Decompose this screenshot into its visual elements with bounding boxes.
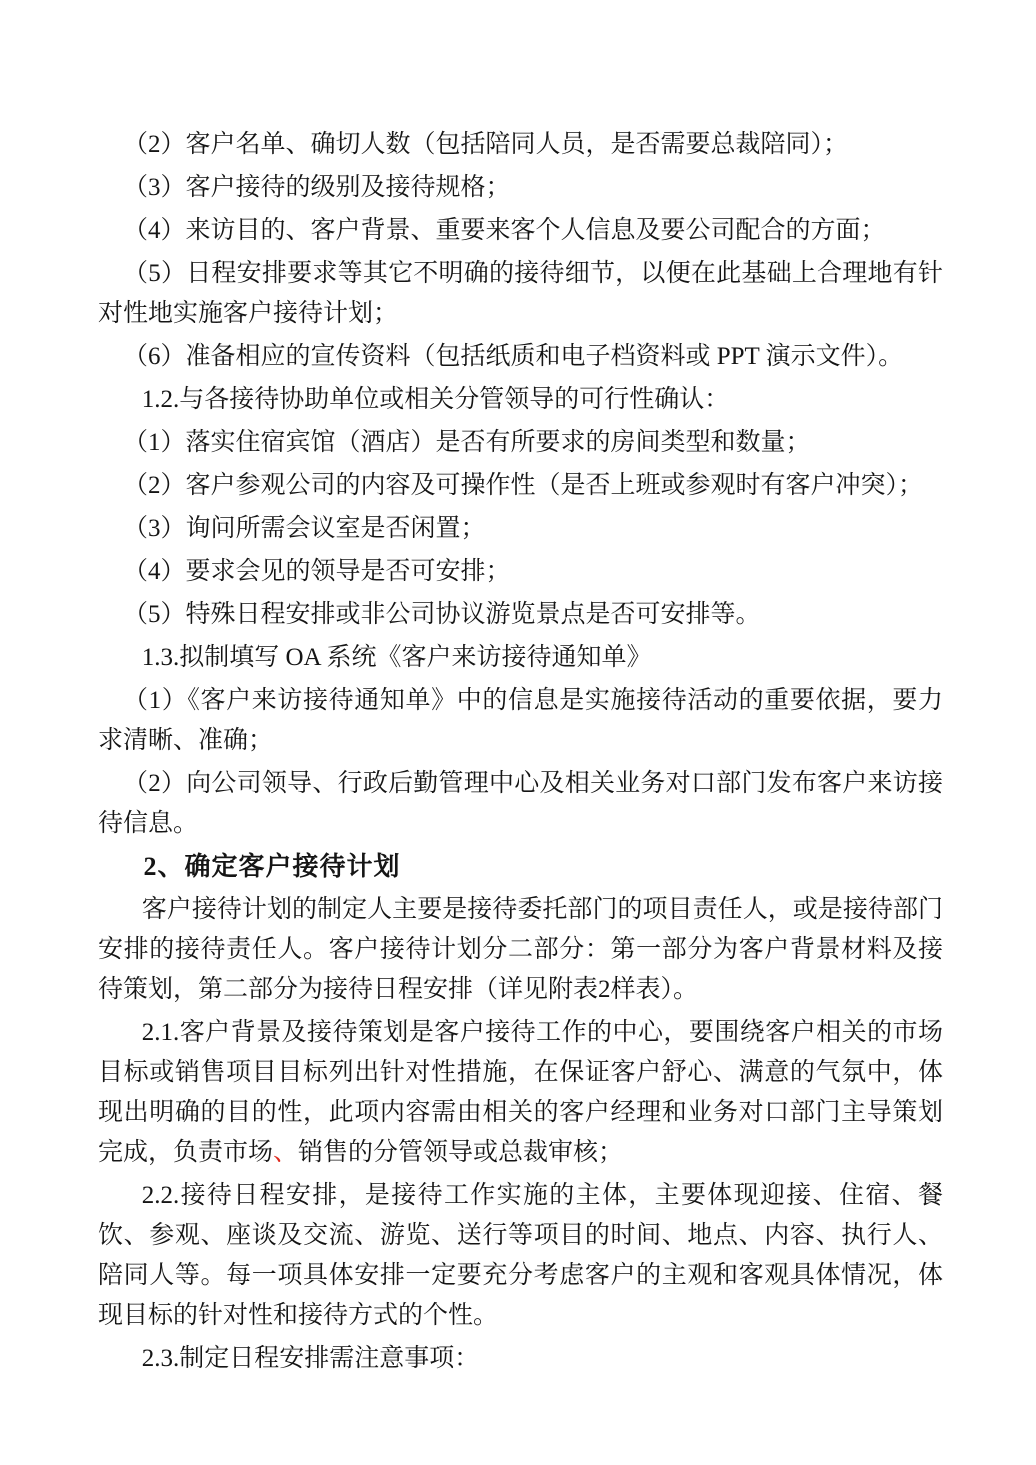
paragraph-2-2: 2.2.接待日程安排，是接待工作实施的主体，主要体现迎接、住宿、餐饮、参观、座谈… <box>98 1176 943 1336</box>
list-item-1-1-4: （4）来访目的、客户背景、重要来客个人信息及要公司配合的方面； <box>98 211 943 251</box>
list-item-1-1-3: （3）客户接待的级别及接待规格； <box>98 168 943 208</box>
list-item-1-1-2: （2）客户名单、确切人数（包括陪同人员，是否需要总裁陪同）； <box>98 125 943 165</box>
list-item-1-3-2: （2）向公司领导、行政后勤管理中心及相关业务对口部门发布客户来访接待信息。 <box>98 764 943 844</box>
red-enumeration-comma: 、 <box>273 1139 298 1166</box>
list-item-1-1-6: （6）准备相应的宣传资料（包括纸质和电子档资料或 PPT 演示文件）。 <box>98 337 943 377</box>
list-item-1-2-5: （5）特殊日程安排或非公司协议游览景点是否可安排等。 <box>98 595 943 635</box>
section-1-3-title: 1.3.拟制填写 OA 系统《客户来访接待通知单》 <box>98 638 943 678</box>
section-2-intro-paragraph: 客户接待计划的制定人主要是接待委托部门的项目责任人，或是接待部门安排的接待责任人… <box>98 890 943 1010</box>
list-item-1-1-5: （5）日程安排要求等其它不明确的接待细节，以便在此基础上合理地有针对性地实施客户… <box>98 254 943 334</box>
document-page: （2）客户名单、确切人数（包括陪同人员，是否需要总裁陪同）； （3）客户接待的级… <box>0 0 1036 1465</box>
list-item-1-2-1: （1）落实住宿宾馆（酒店）是否有所要求的房间类型和数量； <box>98 423 943 463</box>
paragraph-2-1-text-tail: 销售的分管领导或总裁审核； <box>298 1139 623 1166</box>
list-item-1-2-4: （4）要求会见的领导是否可安排； <box>98 552 943 592</box>
section-2-heading: 2、确定客户接待计划 <box>98 847 943 887</box>
paragraph-2-1: 2.1.客户背景及接待策划是客户接待工作的中心，要围绕客户相关的市场目标或销售项… <box>98 1013 943 1173</box>
list-item-1-2-3: （3）询问所需会议室是否闲置； <box>98 509 943 549</box>
list-item-1-3-1: （1）《客户来访接待通知单》中的信息是实施接待活动的重要依据，要力求清晰、准确； <box>98 681 943 761</box>
document-body: （2）客户名单、确切人数（包括陪同人员，是否需要总裁陪同）； （3）客户接待的级… <box>98 125 943 1379</box>
section-1-2-title: 1.2.与各接待协助单位或相关分管领导的可行性确认： <box>98 380 943 420</box>
list-item-1-2-2: （2）客户参观公司的内容及可操作性（是否上班或参观时有客户冲突）； <box>98 466 943 506</box>
paragraph-2-3: 2.3.制定日程安排需注意事项： <box>98 1339 943 1379</box>
